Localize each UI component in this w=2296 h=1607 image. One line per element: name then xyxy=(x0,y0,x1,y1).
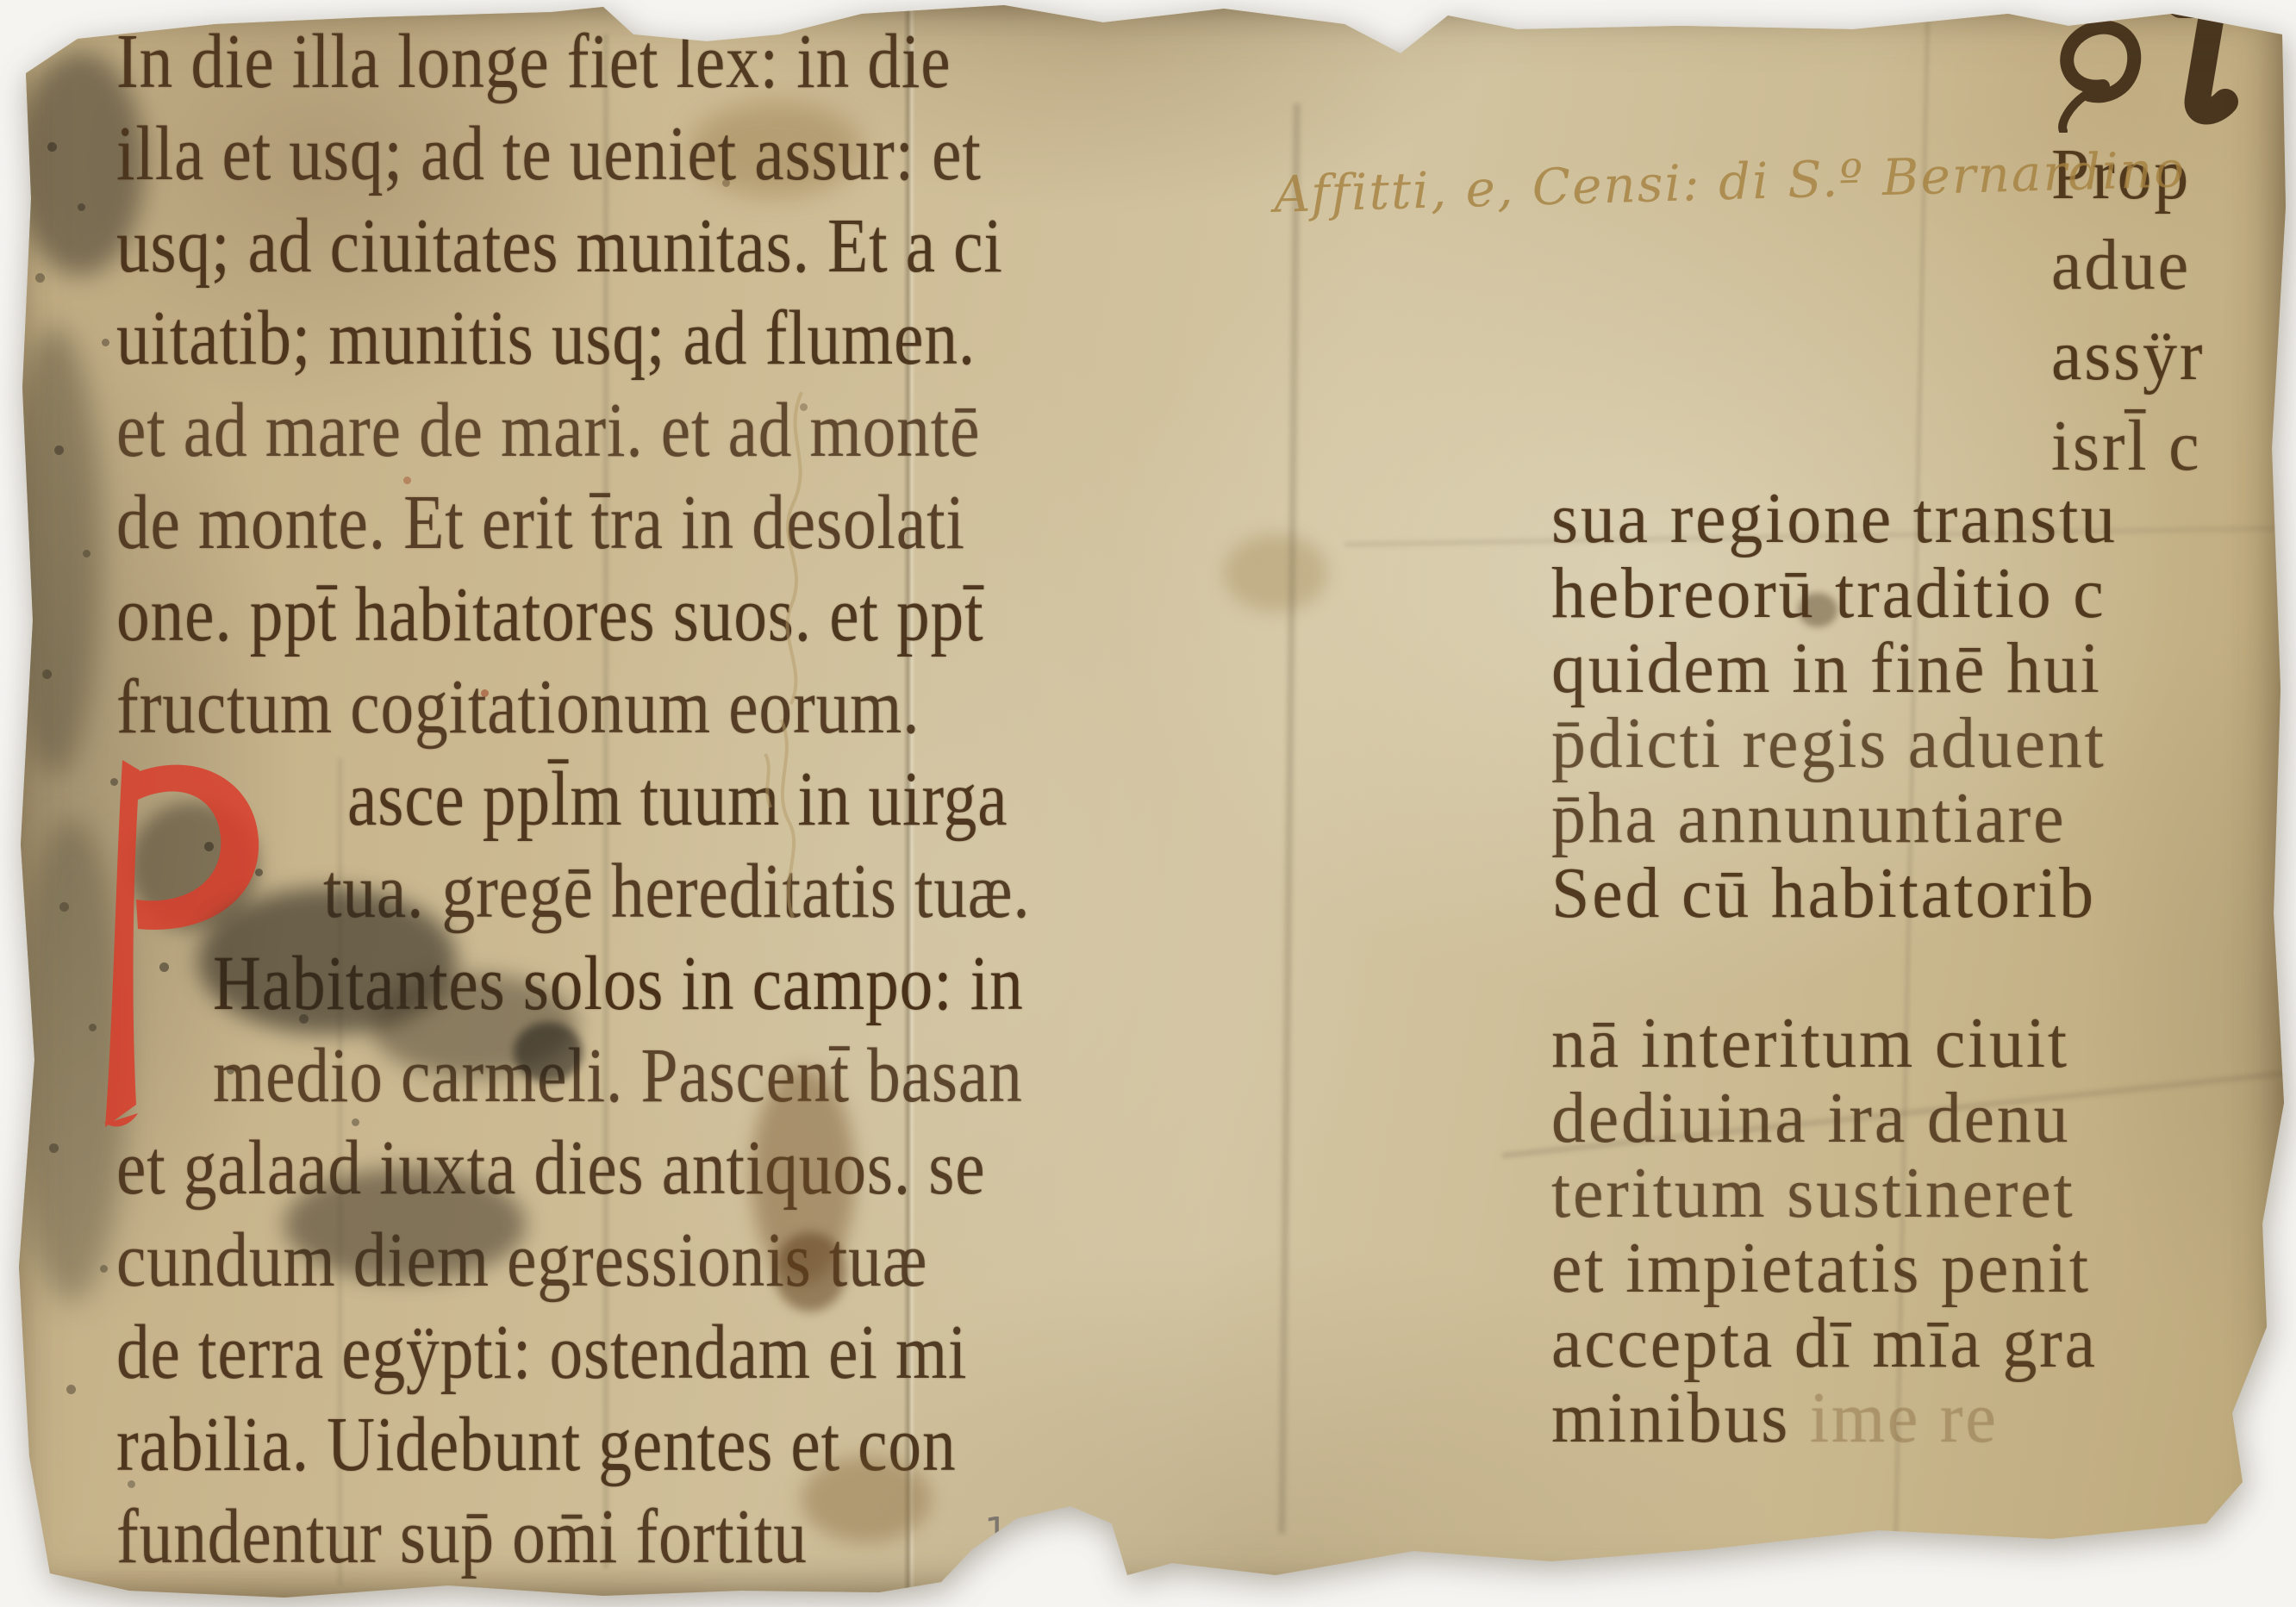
gutter-scribble-icon xyxy=(748,383,834,935)
text-line: In die illa longe fiet lex: in die xyxy=(116,16,1102,108)
parchment-leaf: In die illa longe fiet lex: in dieilla e… xyxy=(0,0,2296,1607)
fold-crease xyxy=(338,758,342,1585)
smudge xyxy=(198,888,457,1034)
text-line: fructum cogitationum eorum. xyxy=(116,661,1102,753)
cursive-archival-annotation: Affitti, e, Censi: di S.º Bernardino xyxy=(1273,141,2128,224)
text-line: p̄dicti regis aduent xyxy=(1551,706,2118,781)
fold-crease xyxy=(1501,1070,2291,1158)
smudge xyxy=(1798,593,1837,627)
text-line: tua. gregē hereditatis tuæ. xyxy=(323,845,1131,937)
scanned-manuscript-page: In die illa longe fiet lex: in dieilla e… xyxy=(0,0,2296,1607)
text-line: et impietatis penit xyxy=(1551,1230,2118,1305)
stain xyxy=(689,102,862,196)
fold-crease xyxy=(1345,526,2275,547)
text-line: teritum sustineret xyxy=(1551,1155,2118,1230)
text-line: Prop xyxy=(2051,129,2205,220)
fold-crease xyxy=(903,0,915,1607)
text-line: illa et usq; ad te ueniet assur: et xyxy=(116,108,1102,200)
text-line: dediuina ira denu xyxy=(1551,1081,2118,1155)
text-line: et galaad iuxta dies antiquos. se xyxy=(116,1122,1102,1214)
stain xyxy=(16,819,128,1301)
text-line: Sed cū habitatorib xyxy=(1551,856,2118,931)
text-line: medio carmeli. Pascent̄ basan xyxy=(213,1030,1115,1122)
text-line: one. ppt̄ habitatores suos. et ppt̄ xyxy=(116,569,1102,661)
fold-crease xyxy=(1278,103,1300,1534)
ink-speckles xyxy=(0,0,4,4)
text-line: Habitantes solos in campo: in xyxy=(213,937,1115,1030)
text-line: isrl̄ c xyxy=(2051,401,2205,491)
text-line: asce ppl̄m tuum in uirga xyxy=(347,753,1134,845)
smudge xyxy=(284,1168,526,1280)
faded-text: ime re xyxy=(1790,1378,1999,1458)
text-line: et ad mare de mari. et ad montē xyxy=(116,384,1102,476)
right-column-top-fragments: Propadueassÿrisrl̄ c xyxy=(1551,129,2213,491)
text-line: usq; ad ciuitates munitas. Et a ci xyxy=(116,200,1102,292)
text-line: fundentur sup̄ om̄i fortitu xyxy=(116,1491,1102,1583)
stain xyxy=(129,801,259,931)
right-text-column: sua regione transtuhebreorū traditio cqu… xyxy=(1551,481,2147,1455)
text-line: p̄ha annununtiare xyxy=(1551,781,2118,856)
left-text-column: In die illa longe fiet lex: in dieilla e… xyxy=(116,16,1263,1583)
text-line xyxy=(1551,931,2118,1006)
text-line: minibus ime re xyxy=(1551,1380,2118,1455)
pencil-foliation-mark: 1c xyxy=(984,1510,1029,1554)
text-line: cundum diem egressionis tuæ xyxy=(116,1214,1102,1306)
stain xyxy=(16,52,145,276)
fold-crease xyxy=(1892,0,1930,1607)
text-line: de monte. Et erit t̄ra in desolati xyxy=(116,476,1102,569)
corner-flourish-icon xyxy=(2051,3,2275,133)
text-line: adue xyxy=(2051,220,2205,310)
stain xyxy=(1224,534,1327,612)
stain xyxy=(7,327,102,775)
scan-background: In die illa longe fiet lex: in dieilla e… xyxy=(0,0,2296,1607)
smudge xyxy=(774,1232,846,1311)
text-line: accepta dī mīa gra xyxy=(1551,1305,2118,1380)
text-line: quidem in finē hui xyxy=(1551,631,2118,706)
smudge xyxy=(752,1068,855,1284)
text-line: sua regione transtu xyxy=(1551,481,2118,556)
text-line: assÿr xyxy=(2051,310,2205,401)
red-initial-P xyxy=(83,748,268,1136)
text-line: uitatib; munitis usq; ad flumen. xyxy=(116,292,1102,384)
text-line: nā interitum ciuit xyxy=(1551,1006,2118,1081)
fold-crease xyxy=(603,34,608,1568)
text-line: de terra egÿpti: ostendam ei mi xyxy=(116,1306,1102,1398)
text-line: hebreorū traditio c xyxy=(1551,556,2118,631)
smudge xyxy=(802,1456,931,1542)
text-line: rabilia. Uidebunt gentes et con xyxy=(116,1398,1102,1491)
smudge xyxy=(371,974,577,1077)
smudge xyxy=(514,1022,583,1082)
